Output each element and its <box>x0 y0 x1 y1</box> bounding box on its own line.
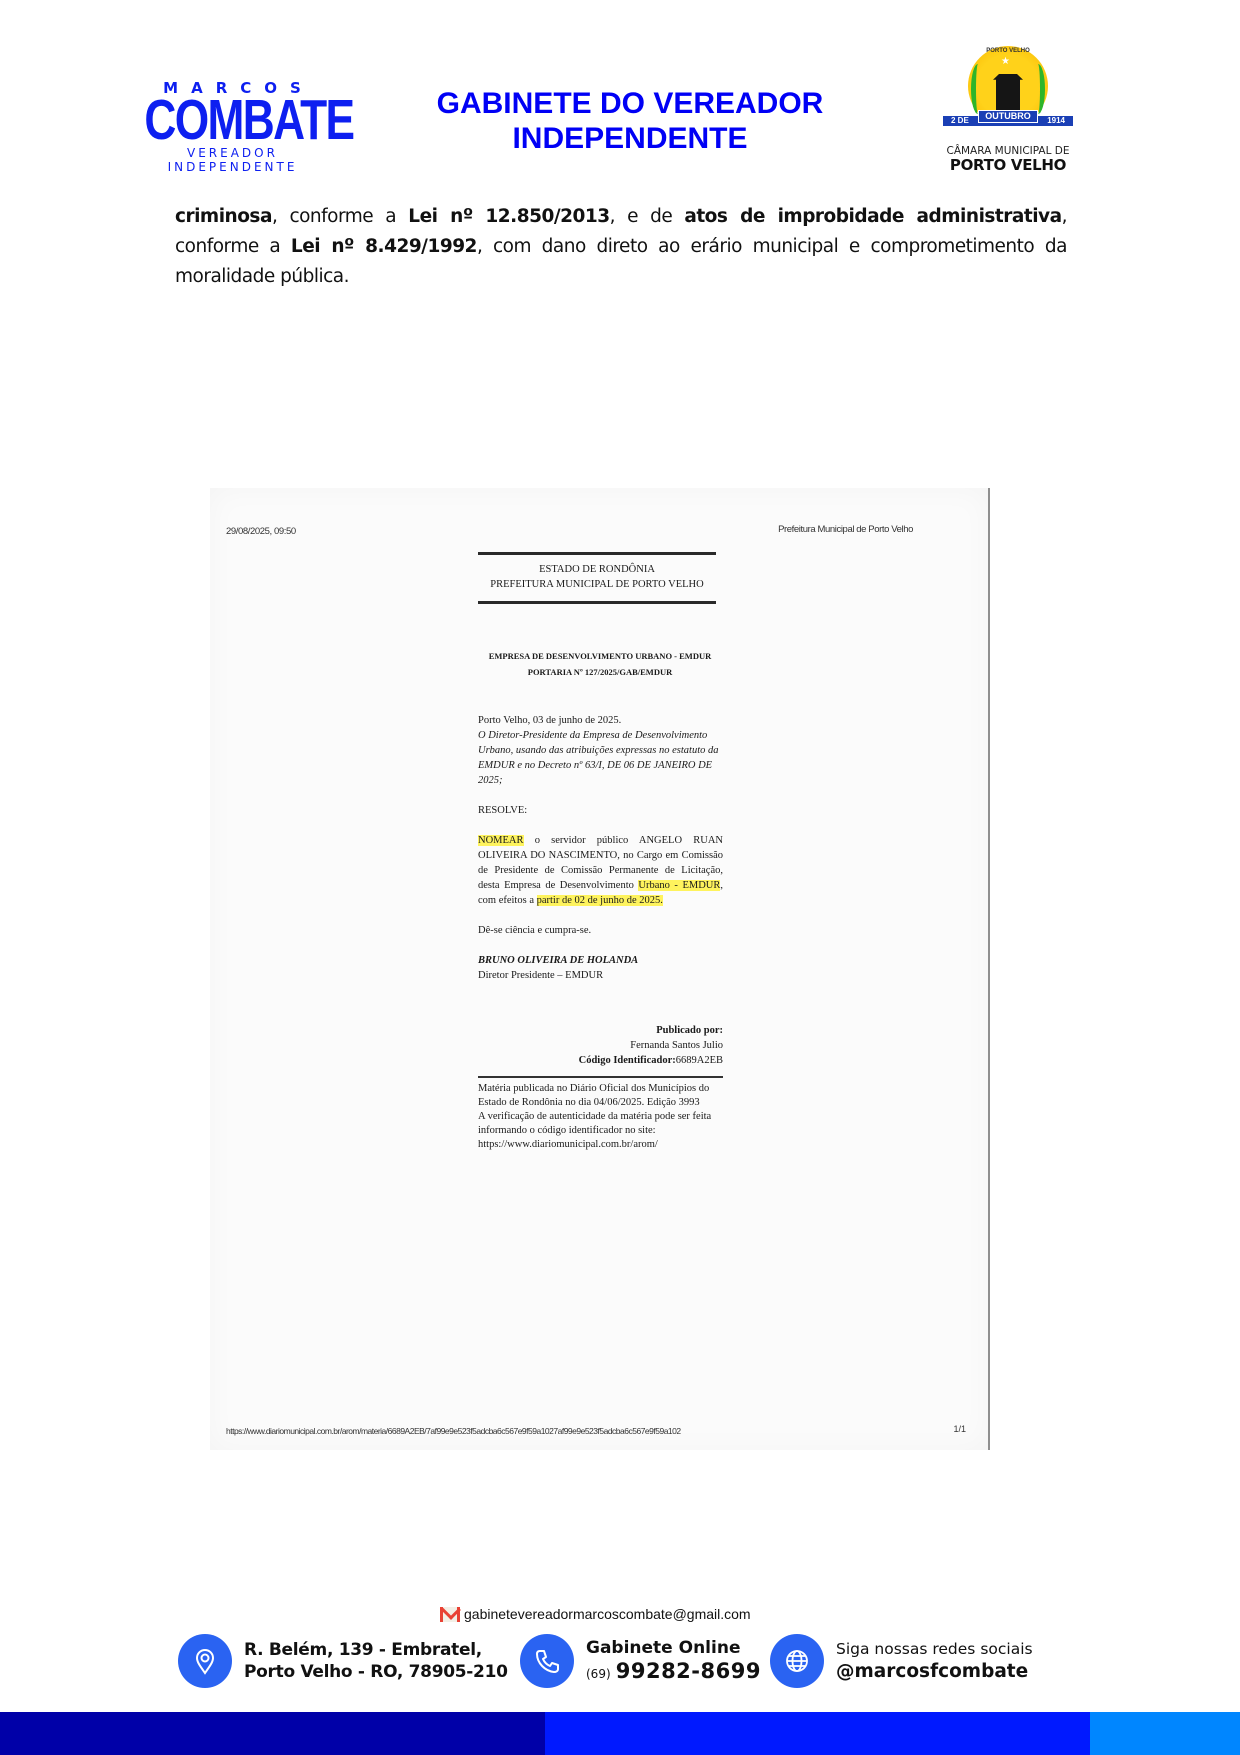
body-paragraph: criminosa, conforme a Lei nº 12.850/2013… <box>175 202 1067 292</box>
highlight-nomear: NOMEAR <box>478 835 524 846</box>
scanned-portaria-document: 29/08/2025, 09:50 Prefeitura Municipal d… <box>210 488 990 1450</box>
materia-note: Matéria publicada no Diário Oficial dos … <box>478 1082 728 1152</box>
bar-segment-light <box>1090 1712 1240 1755</box>
logo-marcos-combate: MARCOS COMBATE VEREADOR INDEPENDENTE <box>125 80 340 174</box>
signer-name: BRUNO OLIVEIRA DE HOLANDA <box>478 953 723 968</box>
divider <box>478 1076 723 1078</box>
state-name: ESTADO DE RONDÔNIA <box>478 562 716 577</box>
logo-main-word: COMBATE <box>144 95 320 145</box>
print-timestamp: 29/08/2025, 09:50 <box>226 526 296 537</box>
city-seal-icon: PORTO VELHO ★ 2 DE 1914 OUTUBRO <box>943 46 1073 141</box>
email-address[interactable]: gabinetevereadormarcoscombate@gmail.com <box>464 1606 751 1622</box>
wheat-right <box>1031 64 1045 114</box>
camara-line-2: PORTO VELHO <box>928 157 1088 174</box>
print-footer-url: https://www.diariomunicipal.com.br/arom/… <box>226 1426 681 1436</box>
seal-ribbon: 2 DE 1914 OUTUBRO <box>943 110 1073 126</box>
highlight-emdur: Urbano - EMDUR <box>638 880 720 891</box>
document-header-box: ESTADO DE RONDÔNIA PREFEITURA MUNICIPAL … <box>478 552 716 604</box>
company-name: EMPRESA DE DESENVOLVIMENTO URBANO - EMDU… <box>450 648 750 664</box>
bar-segment-dark <box>0 1712 545 1755</box>
portaria-number: PORTARIA Nº 127/2025/GAB/EMDUR <box>450 664 750 680</box>
title-line-1: GABINETE DO VEREADOR <box>390 86 870 121</box>
publication-info: Publicado por: Fernanda Santos Julio Cód… <box>478 1023 723 1068</box>
logo-camara-municipal: PORTO VELHO ★ 2 DE 1914 OUTUBRO CÂMARA M… <box>928 46 1088 174</box>
verification-site: https://www.diariomunicipal.com.br/arom/ <box>478 1138 728 1152</box>
footer-color-bar <box>0 1712 1240 1755</box>
highlight-date: partir de 02 de junho de 2025. <box>537 895 663 906</box>
preamble: O Diretor-Presidente da Empresa de Desen… <box>478 728 723 788</box>
phone-contact[interactable]: Gabinete Online (69) 99282-8699 <box>520 1634 761 1688</box>
print-header-right: Prefeitura Municipal de Porto Velho <box>778 524 913 535</box>
water-tower-icon <box>993 74 1023 112</box>
seal-top-text: PORTO VELHO <box>981 48 1035 54</box>
closing-line: Dê-se ciência e cumpra-se. <box>478 923 723 938</box>
social-contact[interactable]: Siga nossas redes sociais @marcosfcombat… <box>770 1634 1033 1688</box>
print-page-number: 1/1 <box>953 1424 966 1434</box>
location-pin-icon <box>178 1634 232 1688</box>
materia-published: Matéria publicada no Diário Oficial dos … <box>478 1082 728 1110</box>
body-emphasis: criminosa <box>175 206 272 227</box>
title-line-2: INDEPENDENTE <box>390 121 870 156</box>
phone-area-code: (69) <box>586 1667 611 1681</box>
body-text-run: , conforme a <box>272 206 408 227</box>
ribbon-center-text: OUTUBRO <box>978 110 1038 123</box>
body-emphasis: atos de improbidade administrativa <box>684 206 1061 227</box>
resolve-heading: RESOLVE: <box>478 803 723 818</box>
ribbon-right-text: 1914 <box>1047 116 1065 126</box>
portaria-body: Porto Velho, 03 de junho de 2025. O Dire… <box>478 713 723 983</box>
star-icon: ★ <box>1001 56 1010 67</box>
body-text-run: , e de <box>610 206 685 227</box>
social-label: Siga nossas redes sociais <box>836 1638 1033 1660</box>
prefeitura-name: PREFEITURA MUNICIPAL DE PORTO VELHO <box>478 577 716 592</box>
decision-paragraph: NOMEAR o servidor público ANGELO RUAN OL… <box>478 833 723 908</box>
address-line-2: Porto Velho - RO, 78905-210 <box>244 1661 508 1683</box>
published-by-name: Fernanda Santos Julio <box>478 1038 723 1053</box>
phone-number[interactable]: 99282-8699 <box>616 1659 761 1683</box>
body-emphasis: Lei nº 12.850/2013 <box>408 206 609 227</box>
verification-note: A verificação de autenticidade da matéri… <box>478 1110 728 1138</box>
address-contact: R. Belém, 139 - Embratel, Porto Velho - … <box>178 1634 508 1688</box>
wheat-left <box>971 64 985 114</box>
gmail-icon <box>440 1607 460 1622</box>
globe-icon <box>770 1634 824 1688</box>
page-title: GABINETE DO VEREADOR INDEPENDENTE <box>390 86 870 156</box>
code-identifier: Código Identificador:6689A2EB <box>478 1053 723 1068</box>
phone-label: Gabinete Online <box>586 1637 761 1659</box>
body-emphasis: Lei nº 8.429/1992 <box>291 236 477 257</box>
date-line: Porto Velho, 03 de junho de 2025. <box>478 713 723 728</box>
bar-segment-blue <box>545 1712 1090 1755</box>
ribbon-left-text: 2 DE <box>951 116 969 126</box>
signer-role: Diretor Presidente – EMDUR <box>478 968 723 983</box>
phone-icon <box>520 1634 574 1688</box>
published-by-label: Publicado por: <box>478 1023 723 1038</box>
social-handle[interactable]: @marcosfcombate <box>836 1660 1033 1684</box>
email-contact[interactable]: gabinetevereadormarcoscombate@gmail.com <box>440 1606 751 1622</box>
address-line-1: R. Belém, 139 - Embratel, <box>244 1639 508 1661</box>
company-heading: EMPRESA DE DESENVOLVIMENTO URBANO - EMDU… <box>450 648 750 680</box>
